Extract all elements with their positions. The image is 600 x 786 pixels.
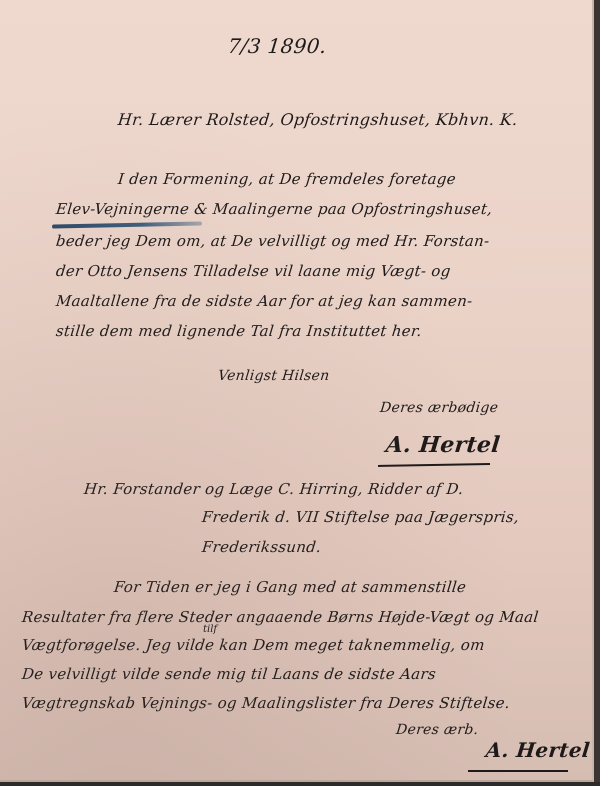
letter2-signature: A. Hertel (485, 738, 591, 762)
addressee2-line-3: Frederikssund. (201, 538, 322, 556)
addressee-line: Hr. Lærer Rolsted, Opfostringshuset, Kbh… (117, 110, 519, 129)
letter2-line-2: Resultater fra flere Steder angaaende Bø… (21, 608, 540, 626)
letter1-closing-2: Deres ærbødige (379, 400, 499, 416)
table-surface (0, 782, 600, 786)
letter2-line-5: Vægtregnskab Vejnings- og Maalingslister… (21, 694, 511, 712)
insertion-mark: tilf (203, 624, 217, 635)
letter2-line-4: De velvilligt vilde sende mig til Laans … (21, 665, 437, 683)
blue-pencil-underline (52, 221, 202, 228)
letter-date: 7/3 1890. (227, 34, 328, 58)
letter1-line-2: Elev-Vejningerne & Maalingerne paa Opfos… (55, 200, 493, 218)
addressee2-line-2: Frederik d. VII Stiftelse paa Jægerspris… (201, 508, 520, 526)
letter2-line-1: For Tiden er jeg i Gang med at sammensti… (113, 578, 467, 596)
letter1-line-3: beder jeg Dem om, at De velvilligt og me… (55, 232, 490, 250)
letter1-closing: Venligst Hilsen (217, 368, 330, 384)
letter2-closing: Deres ærb. (395, 722, 479, 738)
signature-underline-2 (468, 770, 568, 772)
letter1-line-5: Maaltallene fra de sidste Aar for at jeg… (55, 292, 473, 310)
signature-underline (378, 463, 490, 467)
letter1-signature: A. Hertel (385, 432, 502, 458)
letter1-line-4: der Otto Jensens Tilladelse vil laane mi… (55, 262, 452, 280)
letter1-line-6: stille dem med lignende Tal fra Institut… (55, 322, 423, 340)
addressee2-line-1: Hr. Forstander og Læge C. Hirring, Ridde… (83, 480, 464, 498)
letter2-line-3: Vægtforøgelse. Jeg vilde kan Dem meget t… (21, 636, 486, 654)
letter-page: 7/3 1890. Hr. Lærer Rolsted, Opfostrings… (0, 0, 594, 782)
letter1-line-1: I den Formening, at De fremdeles foretag… (117, 170, 457, 188)
